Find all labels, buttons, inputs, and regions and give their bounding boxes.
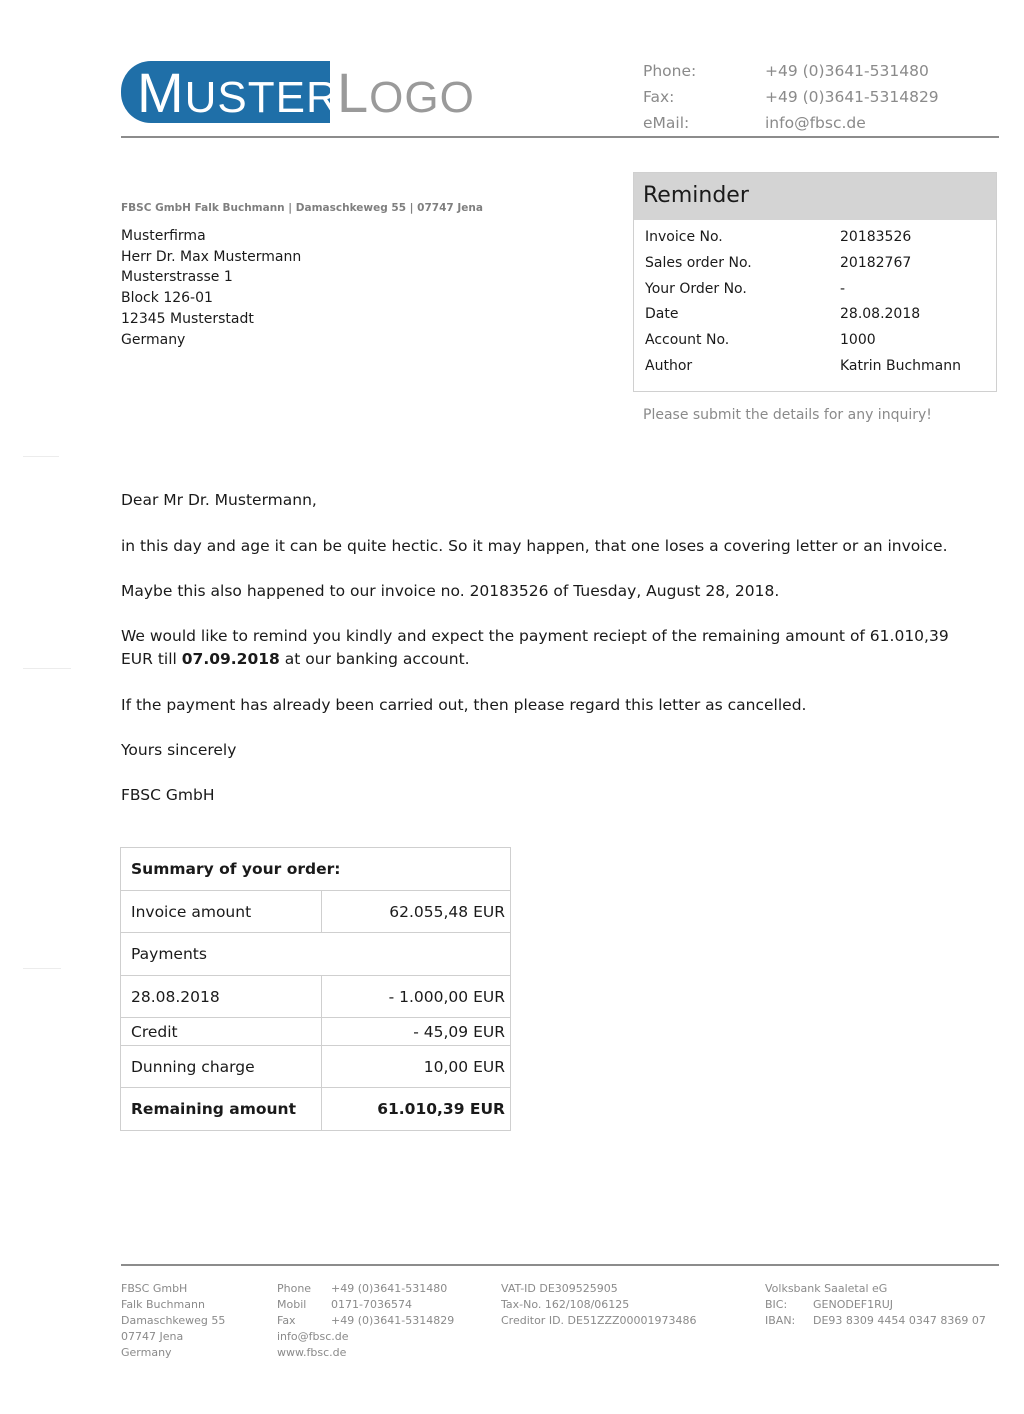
footer-value: GENODEF1RUJ (813, 1297, 893, 1313)
logo-initial-l: L (337, 61, 369, 124)
footer-label: Phone (277, 1281, 331, 1297)
signature: FBSC GmbH (121, 784, 981, 807)
footer-line: Damaschkeweg 55 (121, 1313, 225, 1329)
sender-line: FBSC GmbH Falk Buchmann | Damaschkeweg 5… (121, 202, 483, 214)
logo-rest-ogo: OGO (369, 73, 475, 122)
table-row-total: Remaining amount61.010,39 EUR (121, 1088, 511, 1131)
footer-value: +49 (0)3641-531480 (331, 1281, 447, 1297)
table-row: 28.08.2018- 1.000,00 EUR (121, 976, 511, 1018)
vat-id: VAT-ID DE309525905 (501, 1281, 697, 1297)
detail-value: 20182767 (840, 252, 911, 278)
footer-label: IBAN: (765, 1313, 813, 1329)
header-contact: Phone:+49 (0)3641-531480 Fax:+49 (0)3641… (643, 58, 939, 136)
footer-tax: VAT-ID DE309525905 Tax-No. 162/108/06125… (501, 1281, 697, 1329)
fax-label: Fax: (643, 84, 765, 110)
table-row: Dunning charge10,00 EUR (121, 1046, 511, 1088)
footer-value: +49 (0)3641-5314829 (331, 1313, 454, 1329)
footer-line: Germany (121, 1345, 225, 1361)
header-phone: Phone:+49 (0)3641-531480 (643, 58, 939, 84)
footer-contact: Phone+49 (0)3641-531480 Mobil0171-703657… (277, 1281, 454, 1361)
recipient-country: Germany (121, 330, 301, 351)
paragraph-3-end: at our banking account. (280, 650, 470, 668)
credit-label: Credit (121, 1018, 322, 1046)
reminder-row: Account No.1000 (645, 329, 961, 355)
invoice-amount-value: 62.055,48 EUR (322, 891, 511, 933)
footer-label: BIC: (765, 1297, 813, 1313)
reminder-row: Sales order No.20182767 (645, 252, 961, 278)
header-fax: Fax:+49 (0)3641-5314829 (643, 84, 939, 110)
summary-title: Summary of your order: (121, 848, 511, 891)
payment-value: - 1.000,00 EUR (322, 976, 511, 1018)
fold-mark (23, 968, 61, 969)
bank-name: Volksbank Saaletal eG (765, 1281, 986, 1297)
table-row: Credit- 45,09 EUR (121, 1018, 511, 1046)
detail-value: 20183526 (840, 226, 911, 252)
footer-value: 0171-7036574 (331, 1297, 412, 1313)
detail-label: Invoice No. (645, 226, 840, 252)
email-label: eMail: (643, 110, 765, 136)
bank-bic: BIC:GENODEF1RUJ (765, 1297, 986, 1313)
remaining-amount-value: 61.010,39 EUR (322, 1088, 511, 1131)
detail-value: 28.08.2018 (840, 303, 920, 329)
summary-title-row: Summary of your order: (121, 848, 511, 891)
reminder-row: Invoice No.20183526 (645, 226, 961, 252)
closing: Yours sincerely (121, 739, 981, 762)
table-row: Invoice amount62.055,48 EUR (121, 891, 511, 933)
detail-label: Sales order No. (645, 252, 840, 278)
inquiry-note: Please submit the details for any inquir… (643, 407, 932, 423)
recipient-street: Musterstrasse 1 (121, 267, 301, 288)
detail-label: Your Order No. (645, 278, 840, 304)
remaining-amount-label: Remaining amount (121, 1088, 322, 1131)
reminder-title: Reminder (643, 180, 749, 212)
due-date: 07.09.2018 (182, 650, 280, 668)
footer-value: DE93 8309 4454 0347 8369 07 (813, 1313, 986, 1329)
dunning-charge-value: 10,00 EUR (322, 1046, 511, 1088)
detail-label: Account No. (645, 329, 840, 355)
logo-word-muster: MUSTER (137, 60, 339, 131)
footer-line: 07747 Jena (121, 1329, 225, 1345)
footer-line: Falk Buchmann (121, 1297, 225, 1313)
detail-label: Date (645, 303, 840, 329)
fax-value: +49 (0)3641-5314829 (765, 84, 939, 110)
footer-mobile: Mobil0171-7036574 (277, 1297, 454, 1313)
email-value: info@fbsc.de (765, 110, 866, 136)
paragraph-3: We would like to remind you kindly and e… (121, 625, 981, 671)
reminder-row: Your Order No.- (645, 278, 961, 304)
recipient-city: 12345 Musterstadt (121, 309, 301, 330)
footer-email-link[interactable]: info@fbsc.de (277, 1329, 454, 1345)
footer-bank: Volksbank Saaletal eG BIC:GENODEF1RUJ IB… (765, 1281, 986, 1329)
footer-website-link[interactable]: www.fbsc.de (277, 1345, 454, 1361)
tax-number: Tax-No. 162/108/06125 (501, 1297, 697, 1313)
recipient-block: Block 126-01 (121, 288, 301, 309)
recipient-name: Herr Dr. Max Mustermann (121, 247, 301, 268)
phone-value: +49 (0)3641-531480 (765, 58, 929, 84)
paragraph-1: in this day and age it can be quite hect… (121, 535, 981, 558)
fold-mark (23, 456, 59, 457)
paragraph-2: Maybe this also happened to our invoice … (121, 580, 981, 603)
reminder-details: Invoice No.20183526 Sales order No.20182… (645, 226, 961, 381)
fold-mark (23, 668, 71, 669)
footer-line: FBSC GmbH (121, 1281, 225, 1297)
detail-value: - (840, 278, 845, 304)
bank-iban: IBAN:DE93 8309 4454 0347 8369 07 (765, 1313, 986, 1329)
footer-label: Fax (277, 1313, 331, 1329)
payment-date: 28.08.2018 (121, 976, 322, 1018)
invoice-amount-label: Invoice amount (121, 891, 322, 933)
phone-label: Phone: (643, 58, 765, 84)
detail-value: 1000 (840, 329, 876, 355)
recipient-company: Musterfirma (121, 226, 301, 247)
credit-value: - 45,09 EUR (322, 1018, 511, 1046)
logo-initial-m: M (137, 61, 185, 124)
footer-fax: Fax+49 (0)3641-5314829 (277, 1313, 454, 1329)
salutation: Dear Mr Dr. Mustermann, (121, 489, 981, 512)
header-email: eMail:info@fbsc.de (643, 110, 939, 136)
recipient-address: Musterfirma Herr Dr. Max Mustermann Must… (121, 226, 301, 350)
payments-label: Payments (121, 933, 511, 976)
reminder-row: Date28.08.2018 (645, 303, 961, 329)
detail-label: Author (645, 355, 840, 381)
order-summary-table: Summary of your order: Invoice amount62.… (120, 847, 511, 1131)
reminder-row: AuthorKatrin Buchmann (645, 355, 961, 381)
footer-divider (121, 1264, 999, 1266)
creditor-id: Creditor ID. DE51ZZZ00001973486 (501, 1313, 697, 1329)
footer-company: FBSC GmbH Falk Buchmann Damaschkeweg 55 … (121, 1281, 225, 1361)
header-divider (121, 136, 999, 138)
footer-phone: Phone+49 (0)3641-531480 (277, 1281, 454, 1297)
logo-word-logo: LOGO (337, 60, 475, 131)
dunning-charge-label: Dunning charge (121, 1046, 322, 1088)
table-row: Payments (121, 933, 511, 976)
footer-label: Mobil (277, 1297, 331, 1313)
paragraph-4: If the payment has already been carried … (121, 694, 981, 717)
logo-rest-uster: USTER (185, 73, 339, 122)
detail-value: Katrin Buchmann (840, 355, 961, 381)
